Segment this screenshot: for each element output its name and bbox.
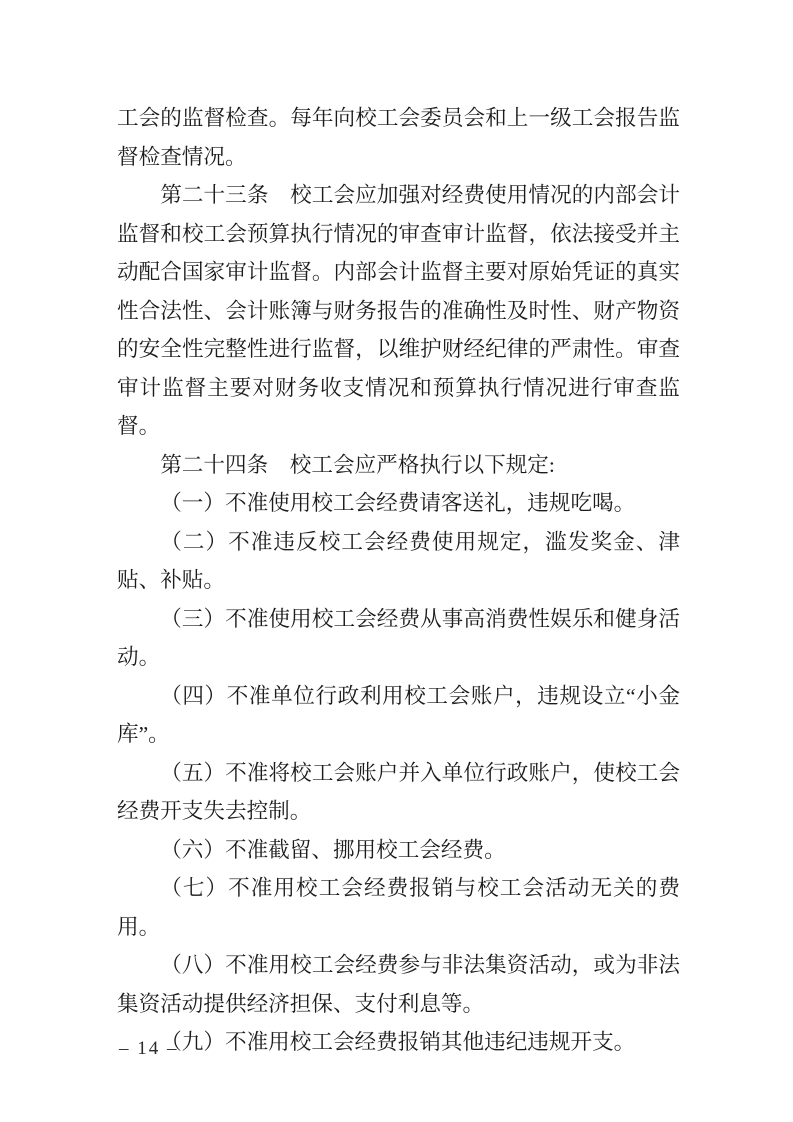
paragraph-continuation: 工会的监督检查。每年向校工会委员会和上一级工会报告监督检查情况。 <box>117 99 680 176</box>
document-page: 工会的监督检查。每年向校工会委员会和上一级工会报告监督检查情况。 第二十三条 校… <box>0 0 793 1122</box>
paragraph-rule-7: （七）不准用校工会经费报销与校工会活动无关的费用。 <box>117 869 680 946</box>
paragraph-rule-4: （四）不准单位行政利用校工会账户，违规设立“小金库”。 <box>117 677 680 754</box>
paragraph-rule-1: （一）不准使用校工会经费请客送礼，违规吃喝。 <box>117 484 680 523</box>
paragraph-rule-8: （八）不准用校工会经费参与非法集资活动，或为非法集资活动提供经济担保、支付利息等… <box>117 946 680 1023</box>
paragraph-rule-9: （九）不准用校工会经费报销其他违纪违规开支。 <box>117 1023 680 1062</box>
paragraph-article-23: 第二十三条 校工会应加强对经费使用情况的内部会计监督和校工会预算执行情况的审查审… <box>117 176 680 446</box>
page-number: – 14 – <box>119 1038 179 1060</box>
document-body: 工会的监督检查。每年向校工会委员会和上一级工会报告监督检查情况。 第二十三条 校… <box>117 99 680 1062</box>
paragraph-rule-5: （五）不准将校工会账户并入单位行政账户，使校工会经费开支失去控制。 <box>117 754 680 831</box>
paragraph-article-24: 第二十四条 校工会应严格执行以下规定: <box>117 446 680 485</box>
paragraph-rule-2: （二）不准违反校工会经费使用规定，滥发奖金、津贴、补贴。 <box>117 523 680 600</box>
paragraph-rule-3: （三）不准使用校工会经费从事高消费性娱乐和健身活动。 <box>117 600 680 677</box>
paragraph-rule-6: （六）不准截留、挪用校工会经费。 <box>117 831 680 870</box>
